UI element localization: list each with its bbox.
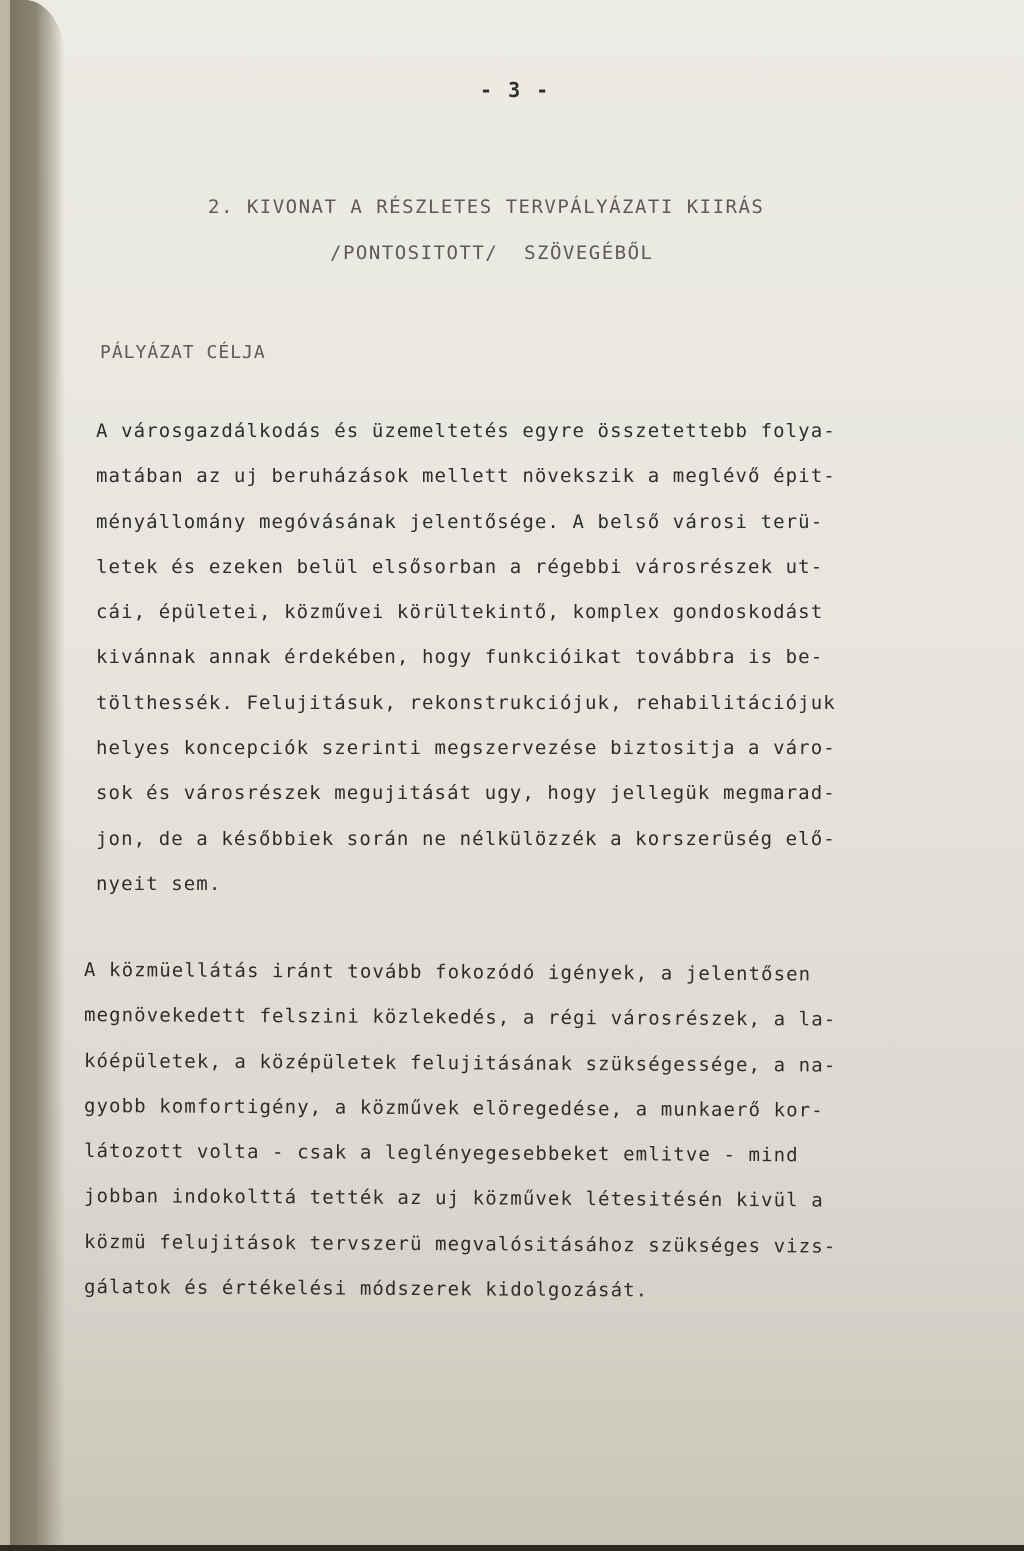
text-line: kivánnak annak érdekében, hogy funkcióik…	[96, 635, 956, 680]
text-line: megnövekedett felszini közlekedés, a rég…	[84, 993, 944, 1044]
document-page: - 3 - 2. KIVONAT A RÉSZLETES TERVPÁLYÁZA…	[0, 0, 1024, 1545]
text-line: helyes koncepciók szerinti megszervezése…	[96, 726, 956, 771]
text-line: közmü felujitások tervszerü megvalósitás…	[84, 1220, 944, 1271]
document-title-line-1: 2. KIVONAT A RÉSZLETES TERVPÁLYÁZATI KII…	[208, 196, 764, 218]
paragraph-2: A közmüellátás iránt tovább fokozódó igé…	[84, 948, 944, 1310]
text-line: kóépületek, a középületek felujitásának …	[84, 1039, 944, 1090]
text-line: matában az uj beruházások mellett növeks…	[96, 454, 956, 499]
text-line: A városgazdálkodás és üzemeltetés egyre …	[96, 409, 956, 454]
text-line: letek és ezeken belül elsősorban a régeb…	[96, 545, 956, 590]
text-line: cái, épületei, közművei körültekintő, ko…	[96, 590, 956, 635]
text-line: nyeit sem.	[96, 862, 956, 907]
text-line: gálatok és értékelési módszerek kidolgoz…	[84, 1265, 944, 1316]
section-heading: PÁLYÁZAT CÉLJA	[100, 342, 266, 363]
page-number: - 3 -	[480, 78, 550, 102]
text-line: ményállomány megóvásának jelentősége. A …	[96, 500, 956, 545]
text-line: jobban indokolttá tették az uj közművek …	[84, 1174, 944, 1225]
document-title-line-2: /PONTOSITOTT/ SZÖVEGÉBŐL	[330, 242, 653, 264]
text-line: sok és városrészek megujitását ugy, hogy…	[96, 771, 956, 816]
text-line: gyobb komfortigény, a közművek elöregedé…	[84, 1084, 944, 1135]
text-line: látozott volta - csak a leglényegesebbek…	[84, 1129, 944, 1180]
text-line: jon, de a későbbiek során ne nélkülözzék…	[96, 817, 956, 862]
paragraph-1: A városgazdálkodás és üzemeltetés egyre …	[96, 409, 956, 907]
page-bottom-edge	[0, 1545, 1024, 1551]
text-line: A közmüellátás iránt tovább fokozódó igé…	[84, 948, 944, 999]
text-line: tölthessék. Felujitásuk, rekonstrukcióju…	[96, 681, 956, 726]
binding-shadow	[10, 0, 65, 1545]
